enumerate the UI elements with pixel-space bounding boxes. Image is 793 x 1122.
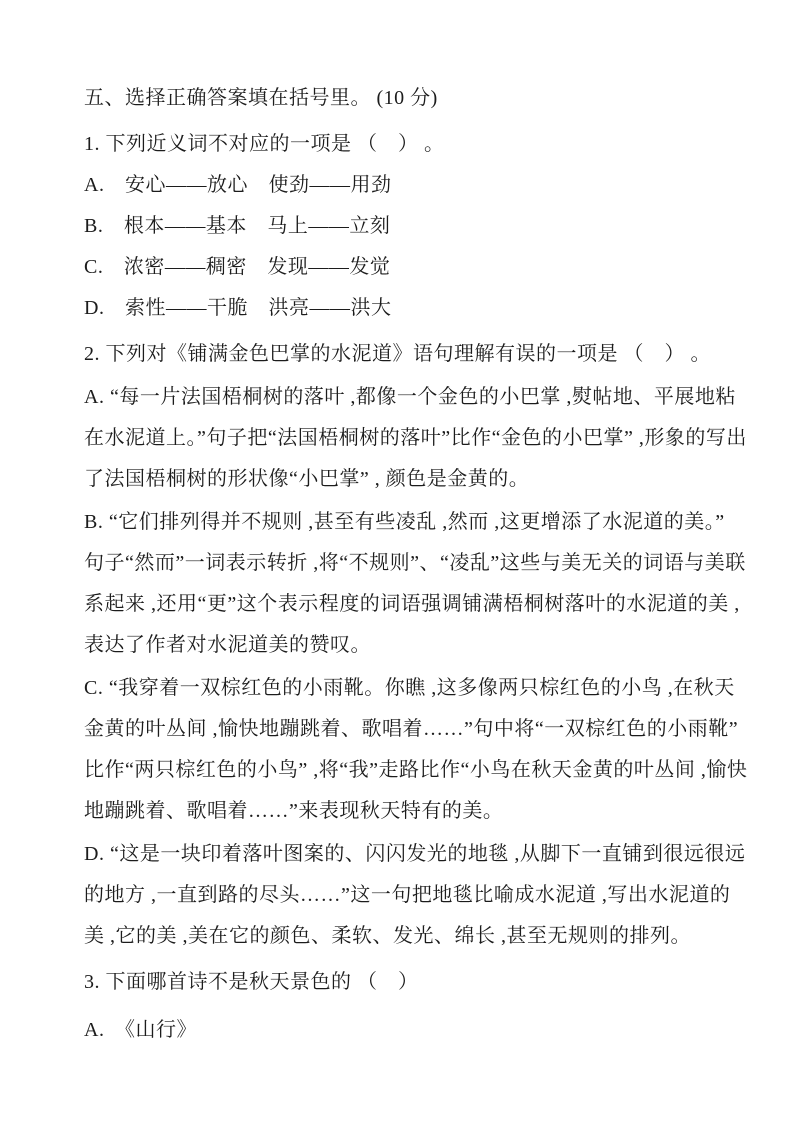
question-1-option-d: D. 索性——干脆 洪亮——洪大 <box>84 288 774 329</box>
question-3-option-a: A. 《山行》 <box>84 1010 774 1051</box>
question-2-option-d-line-3: 美 ,它的美 ,美在它的颜色、柔软、发光、绵长 ,甚至无规则的排列。 <box>84 916 774 957</box>
question-2-stem: 2. 下列对《铺满金色巴掌的水泥道》语句理解有误的一项是 （ ） 。 <box>84 334 774 375</box>
question-1-option-a: A. 安心——放心 使劲——用劲 <box>84 165 774 206</box>
question-2-option-a-line-3: 了法国梧桐树的形状像“小巴掌” , 颜色是金黄的。 <box>84 459 774 500</box>
question-2-option-d-line-1: D. “这是一块印着落叶图案的、闪闪发光的地毯 ,从脚下一直铺到很远很远 <box>84 834 774 875</box>
question-2-option-b-line-3: 系起来 ,还用“更”这个表示程度的词语强调铺满梧桐树落叶的水泥道的美 , <box>84 584 774 625</box>
question-1-option-c: C. 浓密——稠密 发现——发觉 <box>84 247 774 288</box>
question-2-option-c-line-1: C. “我穿着一双棕红色的小雨靴。你瞧 ,这多像两只棕红色的小鸟 ,在秋天 <box>84 668 774 709</box>
question-1-option-b: B. 根本——基本 马上——立刻 <box>84 206 774 247</box>
question-2-option-c-line-3: 比作“两只棕红色的小鸟” ,将“我”走路比作“小鸟在秋天金黄的叶丛间 ,愉快 <box>84 750 774 791</box>
question-2-option-c-line-2: 金黄的叶丛间 ,愉快地蹦跳着、歌唱着……”句中将“一双棕红色的小雨靴” <box>84 709 774 750</box>
exam-page: 五、选择正确答案填在括号里。 (10 分) 1. 下列近义词不对应的一项是 （ … <box>0 0 793 1122</box>
question-2-option-c: C. “我穿着一双棕红色的小雨靴。你瞧 ,这多像两只棕红色的小鸟 ,在秋天 金黄… <box>84 668 774 832</box>
question-2-option-b-line-1: B. “它们排列得并不规则 ,甚至有些凌乱 ,然而 ,这更增添了水泥道的美。” <box>84 502 774 543</box>
question-3-stem: 3. 下面哪首诗不是秋天景色的 （ ） <box>84 962 774 1003</box>
question-2-option-b: B. “它们排列得并不规则 ,甚至有些凌乱 ,然而 ,这更增添了水泥道的美。” … <box>84 502 774 666</box>
exam-content: 五、选择正确答案填在括号里。 (10 分) 1. 下列近义词不对应的一项是 （ … <box>84 78 774 1051</box>
question-2-option-c-line-4: 地蹦跳着、歌唱着……”来表现秋天特有的美。 <box>84 791 774 832</box>
question-2-option-d-line-2: 的地方 ,一直到路的尽头……”这一句把地毯比喻成水泥道 ,写出水泥道的 <box>84 875 774 916</box>
question-2-option-b-line-4: 表达了作者对水泥道美的赞叹。 <box>84 625 774 666</box>
section-heading: 五、选择正确答案填在括号里。 (10 分) <box>84 78 774 119</box>
question-2-option-a-line-1: A. “每一片法国梧桐树的落叶 ,都像一个金色的小巴掌 ,熨帖地、平展地粘 <box>84 377 774 418</box>
question-1-stem: 1. 下列近义词不对应的一项是 （ ） 。 <box>84 124 774 165</box>
question-2-option-d: D. “这是一块印着落叶图案的、闪闪发光的地毯 ,从脚下一直铺到很远很远 的地方… <box>84 834 774 957</box>
question-2-option-a: A. “每一片法国梧桐树的落叶 ,都像一个金色的小巴掌 ,熨帖地、平展地粘 在水… <box>84 377 774 500</box>
question-2-option-b-line-2: 句子“然而”一词表示转折 ,将“不规则”、“凌乱”这些与美无关的词语与美联 <box>84 543 774 584</box>
question-2-option-a-line-2: 在水泥道上。”句子把“法国梧桐树的落叶”比作“金色的小巴掌” ,形象的写出 <box>84 418 774 459</box>
